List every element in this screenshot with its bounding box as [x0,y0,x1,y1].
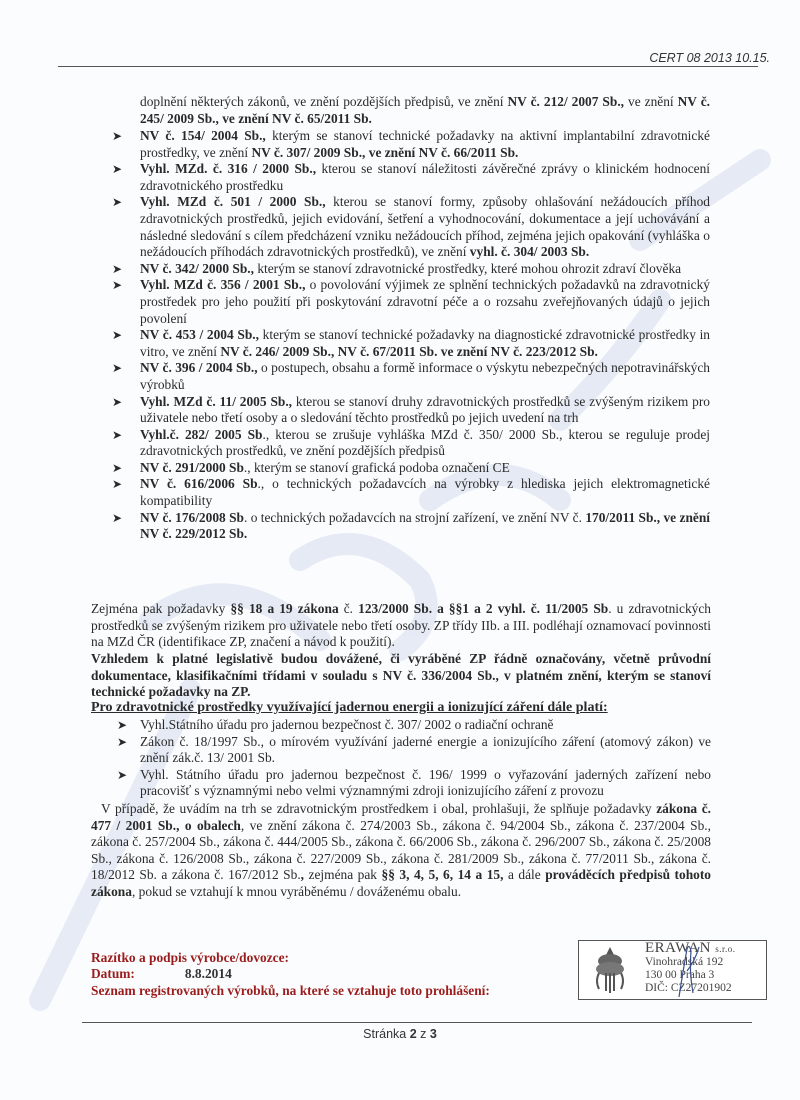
legislation-paragraph: Vzhledem k platné legislativě budou dová… [91,651,711,701]
arrow-bullet-icon: ➤ [112,261,122,278]
arrow-bullet-icon: ➤ [112,427,122,444]
elephant-logo-icon [591,945,629,995]
arrow-bullet-icon: ➤ [117,734,127,751]
document-reference: CERT 08 2013 10.15. [649,51,770,65]
header-rule [58,66,758,67]
list-item: ➤Vyhl. Státního úřadu pro jadernou bezpe… [117,767,711,800]
arrow-bullet-icon: ➤ [112,360,122,377]
list-item: ➤Vyhl.č. 282/ 2005 Sb., kterou se zrušuj… [110,427,710,460]
continuation-text: doplnění některých zákonů, ve znění pozd… [140,94,710,127]
list-item: ➤Vyhl. MZd. č. 316 / 2000 Sb., kterou se… [110,161,710,194]
date-value: 8.8.2014 [185,966,232,981]
stamp-company-suffix: s.r.o. [715,944,735,954]
nuclear-regulation-list: ➤Vyhl.Státního úřadu pro jadernou bezpeč… [117,717,711,800]
arrow-bullet-icon: ➤ [112,161,122,178]
date-label: Datum: [91,966,135,981]
arrow-bullet-icon: ➤ [112,394,122,411]
requirements-paragraph: Zejména pak požadavky §§ 18 a 19 zákona … [91,601,711,651]
list-item: ➤NV č. 453 / 2004 Sb., kterým se stanoví… [110,327,710,360]
list-item: ➤NV č. 176/2008 Sb. o technických požada… [110,510,710,543]
list-item: ➤NV č. 396 / 2004 Sb., o postupech, obsa… [110,360,710,393]
list-item: ➤Vyhl.Státního úřadu pro jadernou bezpeč… [117,717,711,734]
list-item: ➤Zákon č. 18/1997 Sb., o mírovém využívá… [117,734,711,767]
handwritten-signature [669,941,709,999]
list-item: ➤NV č. 154/ 2004 Sb., kterým se stanoví … [110,128,710,161]
arrow-bullet-icon: ➤ [117,767,127,784]
signature-block: Razítko a podpis výrobce/dovozce: Datum:… [91,950,490,999]
arrow-bullet-icon: ➤ [112,194,122,211]
date-row: Datum:8.8.2014 [91,966,490,982]
list-item: ➤Vyhl. MZd č. 11/ 2005 Sb., kterou se st… [110,394,710,427]
company-stamp: ERAWAN s.r.o. Vinohradská 192 130 00 Pra… [578,940,767,1000]
regulation-list: ➤NV č. 154/ 2004 Sb., kterým se stanoví … [110,128,710,543]
page-number: Stránka 2 z 3 [0,1027,800,1041]
stamp-signature-label: Razítko a podpis výrobce/dovozce: [91,950,490,966]
arrow-bullet-icon: ➤ [117,717,127,734]
arrow-bullet-icon: ➤ [112,327,122,344]
packaging-paragraph: V případě, že uvádím na trh se zdravotni… [91,801,711,901]
arrow-bullet-icon: ➤ [112,510,122,527]
arrow-bullet-icon: ➤ [112,476,122,493]
registered-products-label: Seznam registrovaných výrobků, na které … [91,983,490,999]
list-item: ➤Vyhl. MZd č. 356 / 2001 Sb., o povolová… [110,277,710,327]
arrow-bullet-icon: ➤ [112,128,122,145]
list-item: ➤NV č. 342/ 2000 Sb., kterým se stanoví … [110,261,710,278]
list-item: ➤NV č. 616/2006 Sb., o technických požad… [110,476,710,509]
arrow-bullet-icon: ➤ [112,460,122,477]
footer-rule [82,1022,752,1023]
list-item: ➤NV č. 291/2000 Sb., kterým se stanoví g… [110,460,710,477]
nuclear-heading: Pro zdravotnické prostředky využívající … [91,700,711,717]
arrow-bullet-icon: ➤ [112,277,122,294]
list-item: ➤Vyhl. MZd č. 501 / 2000 Sb., kterou se … [110,194,710,260]
